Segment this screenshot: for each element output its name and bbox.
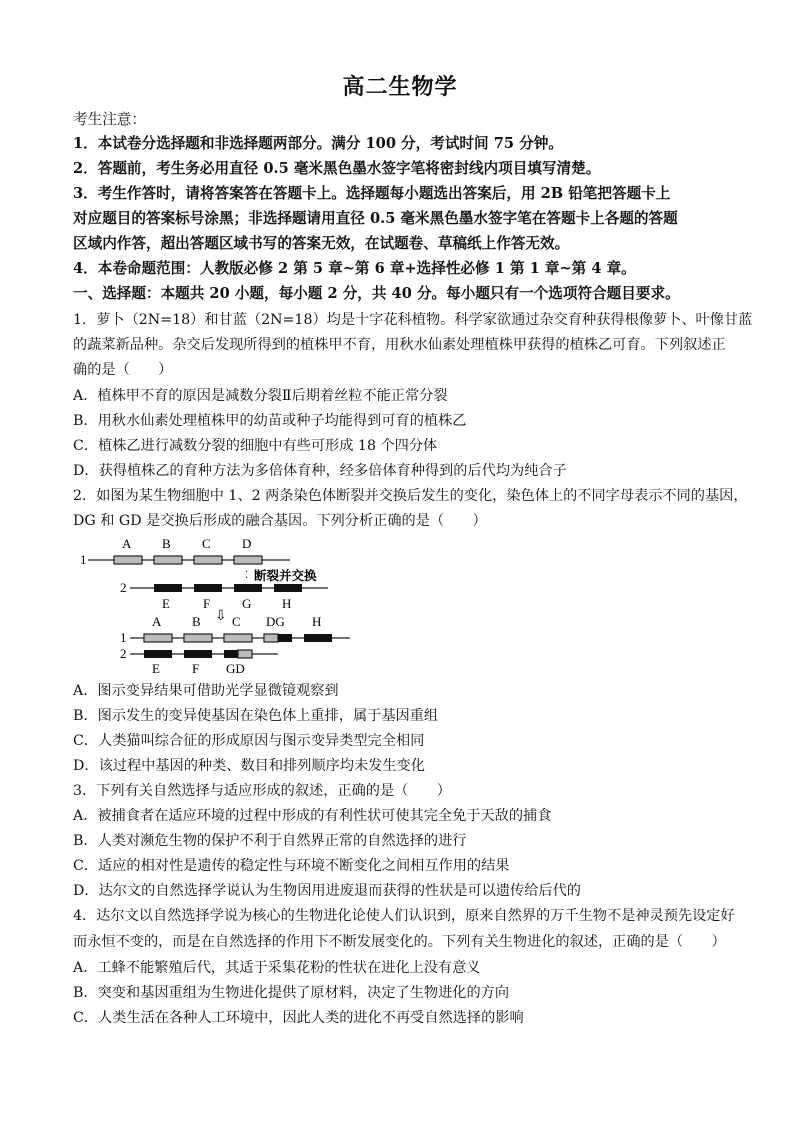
svg-text:B: B xyxy=(162,536,171,551)
option-a: A．图示变异结果可借助光学显微镜观察到 xyxy=(73,681,738,701)
option-b: B．图示发生的变异使基因在染色体上重排，属于基因重组 xyxy=(73,706,738,726)
event-label: 断裂并交换 xyxy=(254,568,317,583)
option-b: B．人类对濒危生物的保护不利于自然界正常的自然选择的进行 xyxy=(73,831,738,851)
svg-text:C: C xyxy=(202,536,211,551)
question-stem: 确的是（ ） xyxy=(73,360,738,380)
option-c: C．植株乙进行减数分裂的细胞中有些可形成 18 个四分体 xyxy=(73,436,738,456)
question-stem: DG 和 GD 是交换后形成的融合基因。下列分析正确的是（ ） xyxy=(73,511,738,531)
svg-text:H: H xyxy=(282,596,291,611)
svg-text:2: 2 xyxy=(120,580,127,595)
notice-heading: 考生注意： xyxy=(73,110,738,130)
question-stem: 3．下列有关自然选择与适应形成的叙述，正确的是（ ） xyxy=(73,781,738,801)
question-stem: 的蔬菜新品种。杂交后发现所得到的植株甲不育，用秋水仙素处理植株甲获得的植株乙可育… xyxy=(73,335,738,355)
option-d: D．达尔文的自然选择学说认为生物因用进废退而获得的性状是可以遗传给后代的 xyxy=(73,881,738,901)
chromosome-translocation-diagram: 1 A B C D ⁚ 断裂并交换 2 E F G H ⇩ 1 A B xyxy=(78,532,353,677)
svg-text:C: C xyxy=(232,614,241,629)
svg-text:H: H xyxy=(312,614,321,629)
option-c: C．适应的相对性是遗传的稳定性与环境不断变化之间相互作用的结果 xyxy=(73,856,738,876)
option-a: A．植株甲不育的原因是减数分裂Ⅱ后期着丝粒不能正常分裂 xyxy=(73,386,738,406)
notice-item: 2．答题前，考生务必用直径 0.5 毫米黑色墨水签字笔将密封线内项目填写清楚。 xyxy=(73,159,738,179)
notice-item: 3．考生作答时，请将答案答在答题卡上。选择题每小题选出答案后，用 2B 铅笔把答… xyxy=(73,184,738,204)
question-stem: 1．萝卜（2N=18）和甘蓝（2N=18）均是十字花科植物。科学家欲通过杂交育种… xyxy=(73,310,738,330)
option-d: D．该过程中基因的种类、数目和排列顺序均未发生变化 xyxy=(73,756,738,776)
option-b: B．突变和基因重组为生物进化提供了原材料，决定了生物进化的方向 xyxy=(73,983,738,1003)
chr1-label: 1 xyxy=(80,552,87,567)
svg-text:GD: GD xyxy=(226,661,245,676)
notice-item: 4．本卷命题范围：人教版必修 2 第 5 章~第 6 章+选择性必修 1 第 1… xyxy=(73,259,738,279)
down-arrow-icon: ⇩ xyxy=(215,609,227,624)
svg-text:F: F xyxy=(192,661,199,676)
svg-text:1: 1 xyxy=(120,630,127,645)
notice-item: 1．本试卷分选择题和非选择题两部分。满分 100 分，考试时间 75 分钟。 xyxy=(73,134,738,154)
svg-text:DG: DG xyxy=(266,614,285,629)
svg-text:F: F xyxy=(203,596,210,611)
option-d: D．获得植株乙的育种方法为多倍体育种，经多倍体育种得到的后代均为纯合子 xyxy=(73,461,738,481)
option-b: B．用秋水仙素处理植株甲的幼苗或种子均能得到可育的植株乙 xyxy=(73,411,738,431)
svg-text:E: E xyxy=(152,661,160,676)
svg-text:A: A xyxy=(152,614,162,629)
svg-text:D: D xyxy=(242,536,251,551)
svg-text:⁚: ⁚ xyxy=(245,570,248,581)
svg-text:G: G xyxy=(242,596,251,611)
section-heading: 一、选择题：本题共 20 小题，每小题 2 分，共 40 分。每小题只有一个选项… xyxy=(73,284,738,304)
question-stem: 而永恒不变的，而是在自然选择的作用下不断发展变化的。下列有关生物进化的叙述，正确… xyxy=(73,932,738,952)
option-a: A．被捕食者在适应环境的过程中形成的有利性状可使其完全免于天敌的捕食 xyxy=(73,806,738,826)
notice-item: 区域内作答，超出答题区域书写的答案无效，在试题卷、草稿纸上作答无效。 xyxy=(73,234,738,254)
question-stem: 2．如图为某生物细胞中 1、2 两条染色体断裂并交换后发生的变化，染色体上的不同… xyxy=(73,486,738,506)
option-a: A．工蜂不能繁殖后代，其适于采集花粉的性状在进化上没有意义 xyxy=(73,958,738,978)
option-c: C．人类生活在各种人工环境中，因此人类的进化不再受自然选择的影响 xyxy=(73,1008,738,1028)
page-title: 高二生物学 xyxy=(0,70,800,101)
svg-text:2: 2 xyxy=(120,646,127,661)
option-c: C．人类猫叫综合征的形成原因与图示变异类型完全相同 xyxy=(73,731,738,751)
svg-text:B: B xyxy=(192,614,201,629)
svg-text:A: A xyxy=(122,536,132,551)
svg-text:E: E xyxy=(162,596,170,611)
question-stem: 4．达尔文以自然选择学说为核心的生物进化论使人们认识到，原来自然界的万千生物不是… xyxy=(73,906,738,926)
notice-item: 对应题目的答案标号涂黑；非选择题请用直径 0.5 毫米黑色墨水签字笔在答题卡上各… xyxy=(73,209,738,229)
